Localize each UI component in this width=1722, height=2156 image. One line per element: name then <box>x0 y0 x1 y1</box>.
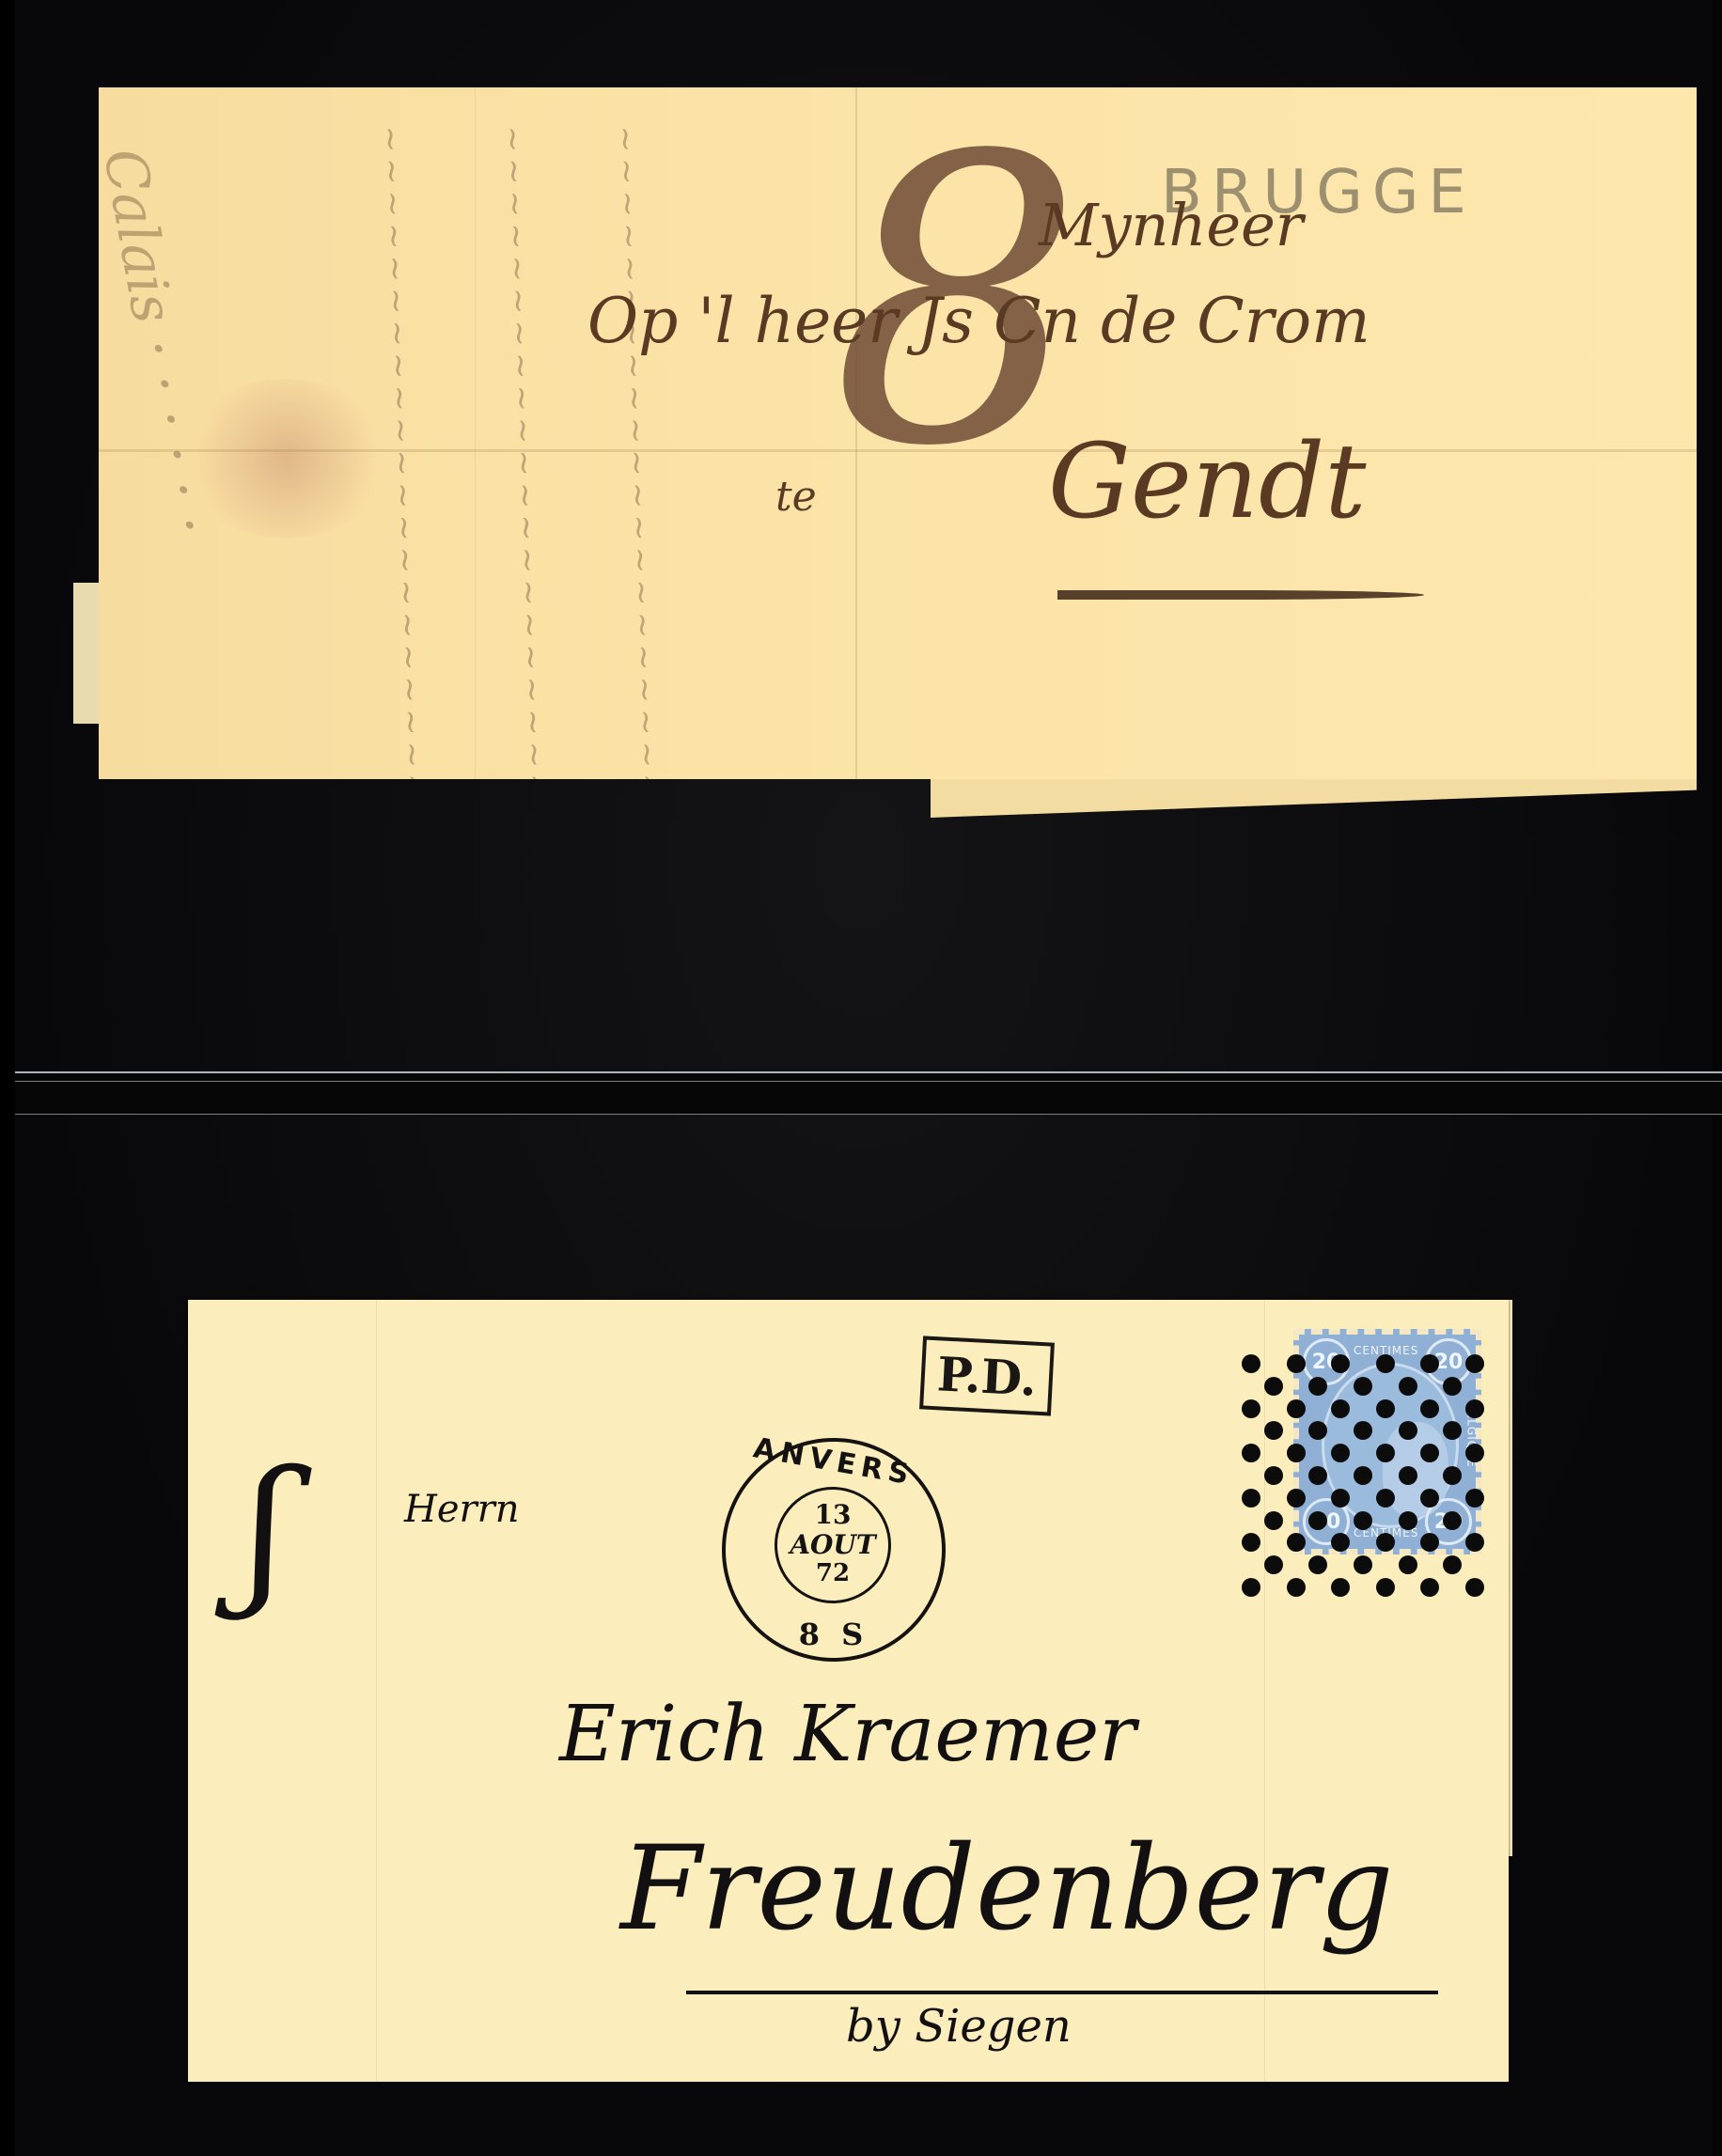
destination-town: Gendt <box>1048 421 1366 541</box>
album-binding-edge <box>0 0 15 2156</box>
fold-line <box>376 1300 377 2082</box>
cancel-dot <box>1287 1444 1306 1462</box>
cancel-dot <box>1399 1555 1417 1574</box>
cancel-dot <box>1264 1466 1283 1485</box>
herrn-flourish: ʃ <box>244 1450 288 1610</box>
cancel-dot <box>1264 1555 1283 1574</box>
pd-boxed-marking: P.D. <box>919 1336 1055 1415</box>
cancel-dot <box>1308 1511 1327 1530</box>
cancel-dot <box>1287 1578 1306 1597</box>
show-through-writing: ~~~~~~~~~~~~~~~~~~~~~ <box>606 125 667 779</box>
cancel-dot <box>1354 1377 1372 1396</box>
cancel-dot <box>1287 1533 1306 1552</box>
cancel-dot <box>1465 1354 1484 1373</box>
page-separator-band <box>15 1072 1722 1115</box>
cancel-dot <box>1354 1466 1372 1485</box>
anvers-datestamp: ANVERS 13 AOUT 72 8 S <box>722 1438 946 1662</box>
datestamp-month: AOUT <box>777 1529 888 1560</box>
fold-line <box>1264 1300 1265 2082</box>
stain <box>183 379 390 539</box>
cancel-dot <box>1287 1489 1306 1508</box>
cancel-dot <box>1376 1399 1395 1418</box>
destination-note: by Siegen <box>846 2000 1072 2053</box>
pd-text: P.D. <box>936 1346 1039 1406</box>
cancel-dot <box>1242 1489 1260 1508</box>
addressee-name: Erich Kraemer <box>559 1690 1135 1779</box>
datestamp-year: 72 <box>777 1559 888 1587</box>
page-divider-line <box>15 1114 1722 1115</box>
cancel-dot <box>1399 1421 1417 1440</box>
cancel-dot <box>1331 1489 1350 1508</box>
cover-brugge-gendt: Calais · · · · · · ~~~~~~~~~~~~~~~~~~~~~… <box>99 87 1697 779</box>
address-underline <box>1057 590 1424 600</box>
cover-flap-left <box>73 583 102 724</box>
salutation: Mynheer <box>1039 191 1303 259</box>
addressee-line: Op 'l heer Js Cn de Crom <box>587 285 1370 357</box>
cancel-dot <box>1420 1399 1439 1418</box>
cancel-dot <box>1264 1377 1283 1396</box>
cancel-dot <box>1287 1399 1306 1418</box>
cancel-dot <box>1376 1489 1395 1508</box>
cancel-dot <box>1399 1377 1417 1396</box>
cancel-dot <box>1242 1354 1260 1373</box>
datestamp-inner-ring: 13 AOUT 72 <box>775 1487 891 1603</box>
cancel-dot <box>1287 1354 1306 1373</box>
destination-town: Freudenberg <box>620 1821 1394 1957</box>
cancel-dot <box>1399 1511 1417 1530</box>
cancel-dot <box>1242 1578 1260 1597</box>
cancel-dot <box>1465 1399 1484 1418</box>
page-divider-line <box>15 1081 1722 1082</box>
cancel-dot <box>1443 1377 1462 1396</box>
cancel-dot <box>1242 1399 1260 1418</box>
show-through-writing: ~~~~~~~~~~~~~~~~~~~~~ <box>493 125 555 779</box>
datestamp-time: 8 S <box>726 1617 942 1652</box>
datestamp-day: 13 <box>777 1499 888 1530</box>
cancel-dot <box>1443 1511 1462 1530</box>
cancel-dot <box>1354 1511 1372 1530</box>
cancel-dot <box>1399 1466 1417 1485</box>
address-underline <box>686 1991 1438 1994</box>
fold-line <box>475 87 476 779</box>
cancel-dot <box>1376 1444 1395 1462</box>
cancel-dot <box>1465 1489 1484 1508</box>
cancel-dot <box>1331 1399 1350 1418</box>
cancel-dot <box>1264 1511 1283 1530</box>
cancel-dot <box>1376 1354 1395 1373</box>
cancel-dot <box>1376 1578 1395 1597</box>
salutation-herrn: Herrn <box>404 1488 520 1531</box>
cancel-dot <box>1465 1578 1484 1597</box>
destination-prefix: te <box>775 473 817 521</box>
page-divider-line <box>15 1071 1722 1073</box>
